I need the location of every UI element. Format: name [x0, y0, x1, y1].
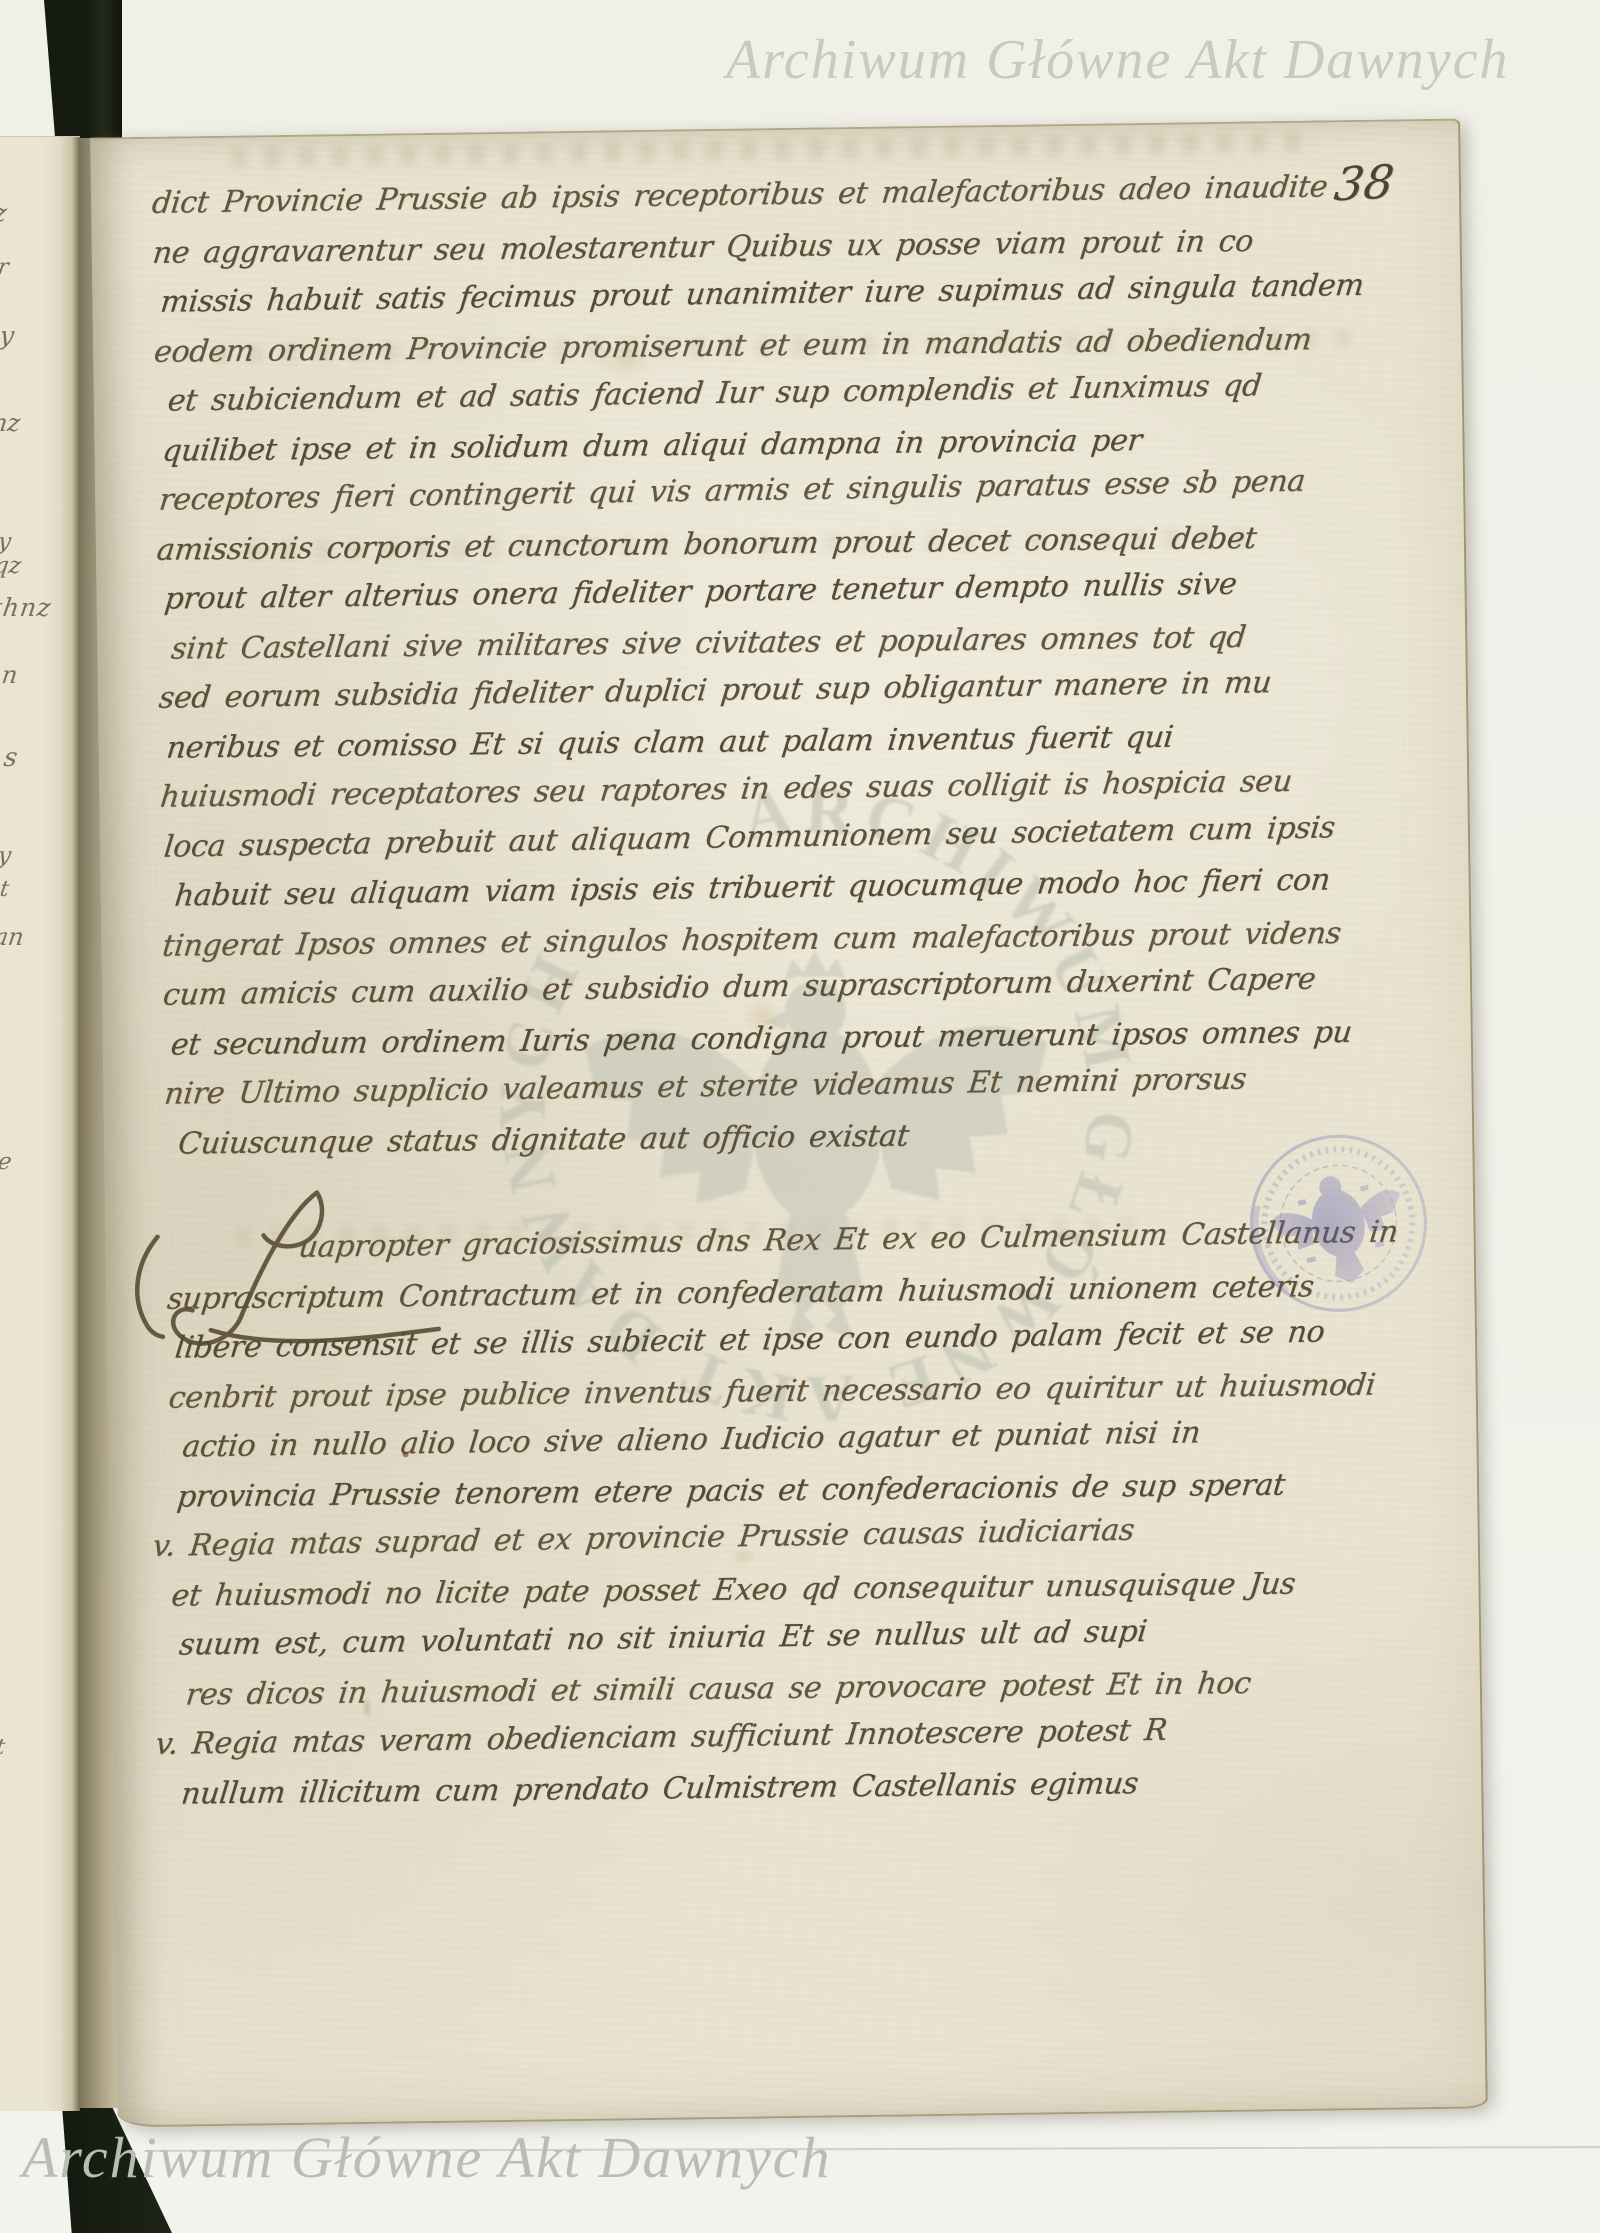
margin-fragment: t: [0, 1735, 7, 1760]
facing-page-edge: z r y nz y qz thnz n s y t an e t: [0, 136, 80, 2111]
archive-scan: { "archive": { "watermark_top": "Archiwu…: [0, 0, 1600, 2233]
margin-fragment: nz: [0, 409, 22, 437]
margin-fragment: y: [0, 843, 13, 869]
margin-fragment: s: [2, 743, 20, 773]
margin-fragment: thnz: [0, 593, 53, 622]
margin-fragment: an: [0, 923, 26, 951]
margin-fragment: y: [0, 529, 13, 555]
manuscript-page: ARCHIWUM GŁÓWNE AKT DAWNYCH 38 dict Prov…: [90, 119, 1488, 2128]
ink-showthrough: [230, 133, 1310, 168]
margin-fragment: qz: [0, 553, 23, 579]
manuscript-paragraph-2: uapropter graciosissimus dns Rex Et ex e…: [166, 1208, 1405, 1819]
margin-fragment: r: [0, 255, 10, 280]
stamp-eagle-icon: [1262, 1162, 1417, 1298]
margin-fragment: y: [0, 321, 16, 350]
margin-fragment: t: [0, 877, 11, 902]
margin-fragment: z: [0, 199, 9, 227]
margin-fragment: e: [0, 1149, 13, 1175]
manuscript-paragraph-1: dict Provincie Prussie ab ipsis receptor…: [152, 162, 1376, 1169]
margin-fragment: n: [0, 661, 19, 689]
archival-stamp: [1225, 1110, 1452, 1337]
